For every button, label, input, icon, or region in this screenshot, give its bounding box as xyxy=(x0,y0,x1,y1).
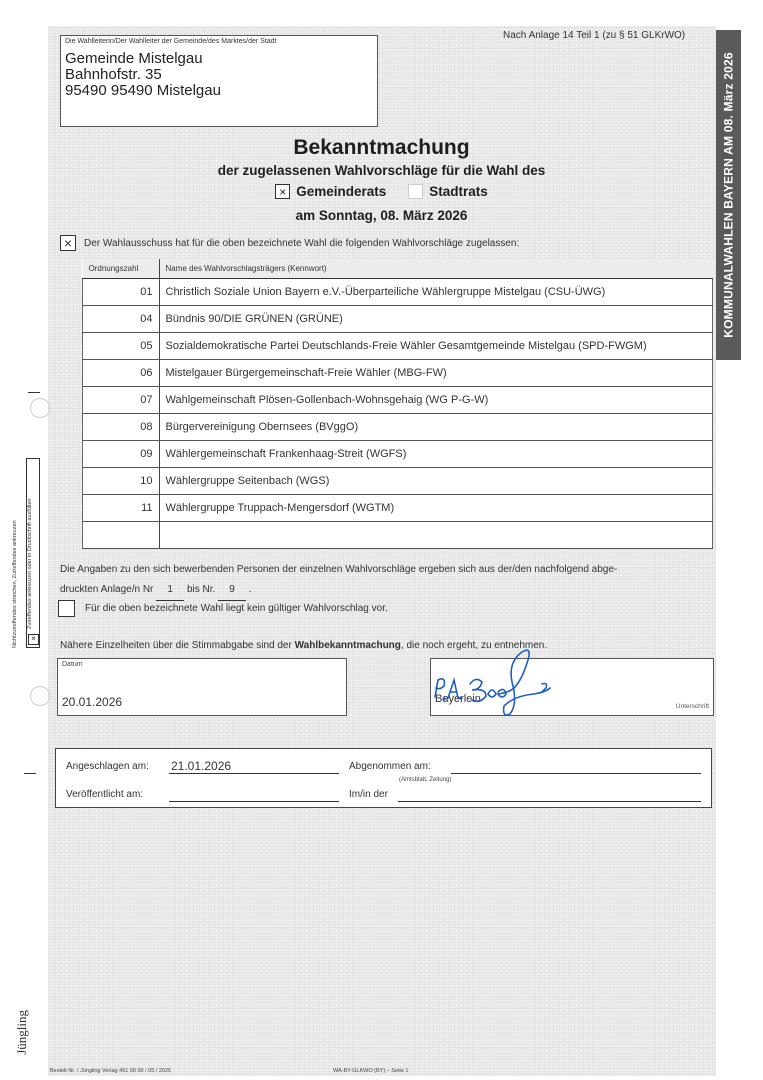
approval-checkbox[interactable]: × xyxy=(60,235,76,251)
date-box: Datum 20.01.2026 xyxy=(57,658,347,716)
row-nominee-name: Christlich Soziale Union Bayern e.V.-Übe… xyxy=(159,279,713,306)
row-number: 09 xyxy=(83,441,160,468)
no-valid-checkbox[interactable] xyxy=(58,600,75,617)
annex-text-line1: Die Angaben zu den sich bewerbenden Pers… xyxy=(60,560,710,580)
column-header-name: Name des Wahlvorschlagsträgers (Kennwort… xyxy=(159,259,713,279)
document-title: Bekanntmachung xyxy=(0,136,763,160)
no-valid-text: Für die oben bezeichnete Wahl liegt kein… xyxy=(85,603,388,614)
removed-date-field[interactable] xyxy=(451,759,701,774)
margin-note-1: Nichtzutreffendes streichen, Zutreffende… xyxy=(12,458,18,648)
approval-text: Der Wahlausschuss hat für die oben bezei… xyxy=(84,238,519,249)
row-nominee-name: Sozialdemokratische Partei Deutschlands-… xyxy=(159,333,713,360)
approval-row: × Der Wahlausschuss hat für die oben bez… xyxy=(60,235,519,251)
table-row: 11Wählergruppe Truppach-Mengersdorf (WGT… xyxy=(83,495,713,522)
row-nominee-name: Wählergemeinschaft Frankenhaag-Streit (W… xyxy=(159,441,713,468)
published-label: Veröffentlicht am: xyxy=(66,789,143,800)
annex-to-field[interactable]: 9 xyxy=(218,580,246,601)
column-header-number: Ordnungszahl xyxy=(83,259,160,279)
annex-text-line2: druckten Anlage/n Nr 1 bis Nr. 9 . xyxy=(60,580,710,601)
publisher-logo: Jüngling xyxy=(14,1010,30,1055)
publication-hint: (Amtsblatt, Zeitung) xyxy=(399,777,451,783)
table-row: 04Bündnis 90/DIE GRÜNEN (GRÜNE) xyxy=(83,306,713,333)
row-nominee-name: Wählergruppe Truppach-Mengersdorf (WGTM) xyxy=(159,495,713,522)
form-reference: Nach Anlage 14 Teil 1 (zu § 51 GLKrWO) xyxy=(503,30,685,41)
municipality-name: Gemeinde Mistelgau xyxy=(65,50,203,67)
row-number: 05 xyxy=(83,333,160,360)
gemeinderat-checkbox[interactable]: × xyxy=(275,184,290,199)
table-row: 10Wählergruppe Seitenbach (WGS) xyxy=(83,468,713,495)
table-row: 06Mistelgauer Bürgergemeinschaft-Freie W… xyxy=(83,360,713,387)
row-number: 11 xyxy=(83,495,160,522)
sender-label: Die Wahlleiterin/Der Wahlleiter der Geme… xyxy=(65,38,277,45)
document-subtitle: der zugelassenen Wahlvorschläge für die … xyxy=(0,163,763,178)
table-header-row: Ordnungszahl Name des Wahlvorschlagsträg… xyxy=(83,259,713,279)
row-number xyxy=(83,522,160,549)
annex-mid: bis Nr. xyxy=(187,584,215,595)
street-address: Bahnhofstr. 35 xyxy=(65,66,162,83)
row-number: 08 xyxy=(83,414,160,441)
row-nominee-name: Bürgervereinigung Obernsees (BVggO) xyxy=(159,414,713,441)
row-number: 07 xyxy=(83,387,160,414)
annex-prefix: druckten Anlage/n Nr xyxy=(60,584,153,595)
table-row: 07Wahlgemeinschaft Plösen-Gollenbach-Woh… xyxy=(83,387,713,414)
details-bold: Wahlbekanntmachung xyxy=(295,640,401,651)
row-nominee-name: Bündnis 90/DIE GRÜNEN (GRÜNE) xyxy=(159,306,713,333)
table-row: 05Sozialdemokratische Partei Deutschland… xyxy=(83,333,713,360)
publication-in-label: Im/in der xyxy=(349,789,388,800)
sender-address-box: Die Wahlleiterin/Der Wahlleiter der Geme… xyxy=(60,35,378,127)
date-label: Datum xyxy=(62,661,83,668)
annex-from-field[interactable]: 1 xyxy=(156,580,184,601)
signature-label: Unterschrift xyxy=(676,703,709,710)
row-nominee-name: Mistelgauer Bürgergemeinschaft-Freie Wäh… xyxy=(159,360,713,387)
fold-mark xyxy=(28,392,40,393)
footer-order-number: Bestell-Nr. / Jüngling Verlag 491 00 00 … xyxy=(50,1068,171,1074)
city-address: 95490 95490 Mistelgau xyxy=(65,82,221,99)
date-value[interactable]: 20.01.2026 xyxy=(62,695,122,709)
stadtrat-checkbox[interactable] xyxy=(408,184,423,199)
table-row: 01Christlich Soziale Union Bayern e.V.-Ü… xyxy=(83,279,713,306)
row-nominee-name: Wählergruppe Seitenbach (WGS) xyxy=(159,468,713,495)
details-prefix: Nähere Einzelheiten über die Stimmabgabe… xyxy=(60,640,295,651)
no-valid-row: Für die oben bezeichnete Wahl liegt kein… xyxy=(58,600,388,617)
gemeinderat-label: Gemeinderats xyxy=(296,184,386,199)
margin-note-2: Zutreffendes ankreuzen oder in Druckschr… xyxy=(27,459,33,629)
row-number: 06 xyxy=(83,360,160,387)
row-number: 10 xyxy=(83,468,160,495)
margin-instructions: Nichtzutreffendes streichen, Zutreffende… xyxy=(12,458,40,648)
table-row xyxy=(83,522,713,549)
annex-suffix: . xyxy=(249,584,252,595)
margin-note-box: Zutreffendes ankreuzen oder in Druckschr… xyxy=(26,458,40,648)
margin-check-icon: × xyxy=(28,634,39,645)
stadtrat-label: Stadtrats xyxy=(429,184,488,199)
handwritten-signature-icon xyxy=(430,642,570,722)
punch-hole-mark xyxy=(30,398,50,418)
table-row: 09Wählergemeinschaft Frankenhaag-Streit … xyxy=(83,441,713,468)
election-date: am Sonntag, 08. März 2026 xyxy=(0,208,763,223)
annex-info: Die Angaben zu den sich bewerbenden Pers… xyxy=(60,560,710,601)
published-date-field[interactable] xyxy=(169,787,339,802)
punch-hole-mark xyxy=(30,686,50,706)
removed-label: Abgenommen am: xyxy=(349,761,431,772)
nominations-table: Ordnungszahl Name des Wahlvorschlagsträg… xyxy=(82,259,713,549)
posting-record-box: Angeschlagen am: 21.01.2026 Abgenommen a… xyxy=(55,748,712,808)
row-nominee-name: Wahlgemeinschaft Plösen-Gollenbach-Wohns… xyxy=(159,387,713,414)
row-number: 04 xyxy=(83,306,160,333)
row-nominee-name xyxy=(159,522,713,549)
table-row: 08Bürgervereinigung Obernsees (BVggO) xyxy=(83,414,713,441)
publication-field[interactable] xyxy=(398,787,701,802)
election-type-choice: × Gemeinderats Stadtrats xyxy=(0,184,763,199)
row-number: 01 xyxy=(83,279,160,306)
posted-label: Angeschlagen am: xyxy=(66,761,149,772)
footer-page-info: WA-BY-GLKWO (BY) – Seite 1 xyxy=(333,1068,408,1074)
fold-mark xyxy=(24,773,36,774)
posted-date-field[interactable]: 21.01.2026 xyxy=(169,759,339,774)
